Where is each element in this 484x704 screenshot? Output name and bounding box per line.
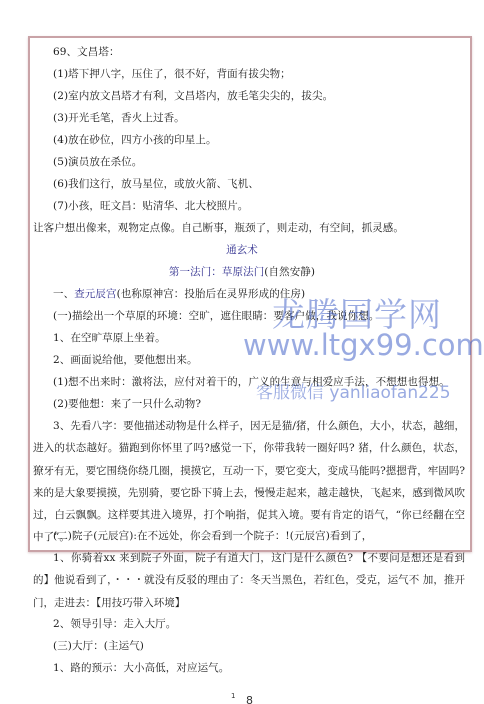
list-item: (2)室内放文昌塔才有利，文昌塔内，放毛笔尖尖的，拔尖。 xyxy=(53,89,333,103)
paragraph-text: 1、你骑着xx 来到院子外面，院子有道大门，这门是什么颜色? 【不要问是想还是看… xyxy=(33,547,465,614)
list-item: 1、路的预示：大小高低，对应运气。 xyxy=(53,661,229,675)
list-item: (2)要他想：来了一只什么动物? xyxy=(53,397,201,411)
paragraph-text: (二)院子(元辰宫):在不远处，你会看到一个院子：!(元辰宫)看到了， xyxy=(53,529,372,543)
section-title: 通玄术 xyxy=(0,243,484,257)
list-item: (1)塔下押八字，压住了，很不好，背面有拔尖物； xyxy=(53,67,291,81)
section-heading-note: (也称原神宫：投胎后在灵界形成的住房) xyxy=(117,288,306,300)
list-item: (6)我们这行，放马星位，或放火箭、飞机、 xyxy=(53,177,259,191)
page-number: 8 xyxy=(246,694,253,704)
subsection-title-main: 第一法门：草原法门 xyxy=(169,266,264,278)
subsection-title-note: (自然安静) xyxy=(264,266,315,278)
list-item: 2、领导引导：走入大厅。 xyxy=(53,617,176,631)
list-item: 2、画面说给他，要他想出来。 xyxy=(53,353,198,367)
paragraph-text: 让客户想出像来，观物定点像。自己断事，瓶颈了，则走动，有空间，抓灵感。 xyxy=(33,221,404,235)
paragraph-text: (一)描绘出一个草原的环境：空旷，遮住眼睛：要客户做，我说你想。 xyxy=(53,309,379,323)
list-item: (三)大厅：(主运气) xyxy=(53,639,144,653)
list-item: (5)演员放在杀位。 xyxy=(53,155,142,169)
list-item: (3)开光毛笔，香火上过香。 xyxy=(53,111,185,125)
page-number-marker: 1 xyxy=(231,692,235,700)
section-heading: 一、查元辰宫(也称原神宫：投胎后在灵界形成的住房) xyxy=(53,287,305,301)
list-item: (1)想不出来时：激将法，应付对着干的，广义的生意与相爱应手法，不想想也得想。 xyxy=(53,375,450,389)
section-number: 一、 xyxy=(53,288,74,300)
list-item: (4)放在砂位，四方小孩的印星上。 xyxy=(53,133,217,147)
list-item: (7)小孩，旺文昌：贴清华、北大校照片。 xyxy=(53,199,248,213)
list-item: 1、在空旷草原上坐着。 xyxy=(53,331,166,345)
subsection-title: 第一法门：草原法门(自然安静) xyxy=(0,265,484,279)
section-heading-term: 查元辰宫 xyxy=(74,288,116,300)
item-heading-69: 69、文昌塔： xyxy=(53,45,120,59)
